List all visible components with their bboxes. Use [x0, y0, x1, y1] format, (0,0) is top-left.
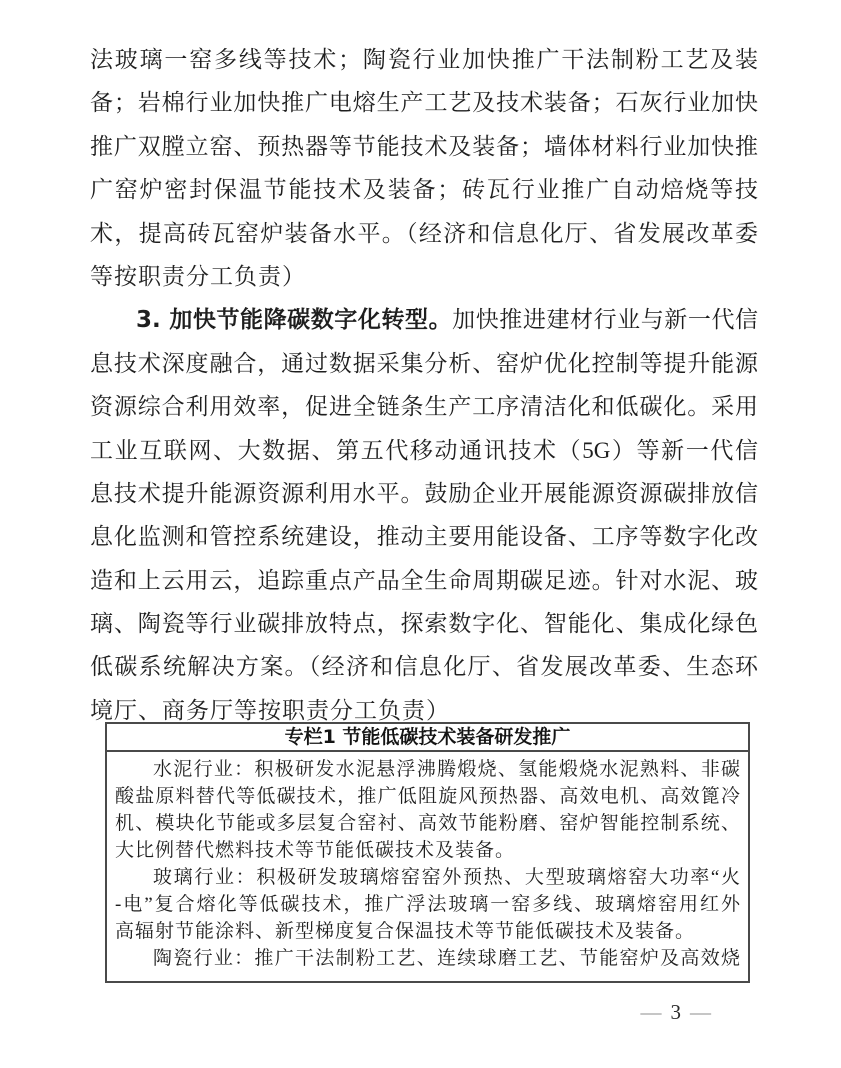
text-line: -电”复合熔化等低碳技术，推广浮法玻璃一窑多线、玻璃熔窑用红外	[115, 891, 740, 918]
text-segment: 息技术深度融合，通过数据采集分析、窑炉优化控制等提升能源	[90, 351, 758, 376]
text-line: 等按职责分工负责）	[90, 255, 758, 298]
text-line: 造和上云用云，追踪重点产品全生命周期碳足迹。针对水泥、玻	[90, 559, 758, 602]
text-segment: -电”复合熔化等低碳技术，推广浮法玻璃一窑多线、玻璃熔窑用红外	[115, 894, 740, 915]
text-segment: 玻璃行业：积极研发玻璃熔窑窑外预热、大型玻璃熔窑大功率“火	[153, 867, 740, 888]
page-number-value: 3	[671, 1000, 682, 1024]
text-segment: 水泥行业：积极研发水泥悬浮沸腾煅烧、氢能煅烧水泥熟料、非碳	[153, 759, 740, 780]
text-line: 酸盐原料替代等低碳技术，推广低阻旋风预热器、高效电机、高效篦冷	[115, 783, 740, 810]
text-segment: 工业互联网、大数据、第五代移动通讯技术（5G）等新一代信	[90, 438, 758, 463]
text-segment: 推广双膛立窑、预热器等节能技术及装备；墙体材料行业加快推	[90, 134, 758, 159]
text-line: 机、模块化节能或多层复合窑衬、高效节能粉磨、窑炉智能控制系统、	[115, 810, 740, 837]
text-segment: 陶瓷行业：推广干法制粉工艺、连续球磨工艺、节能窑炉及高效烧	[153, 948, 740, 969]
text-segment: 息化监测和管控系统建设，推动主要用能设备、工序等数字化改	[90, 524, 758, 549]
paragraph-continuation: 法玻璃一窑多线等技术；陶瓷行业加快推广干法制粉工艺及装备；岩棉行业加快推广电熔生…	[90, 38, 758, 298]
text-segment: 加快推进建材行业与新一代信	[452, 307, 758, 332]
text-line: 3. 加快节能降碳数字化转型。加快推进建材行业与新一代信	[90, 298, 758, 341]
text-segment: 璃、陶瓷等行业碳排放特点，探索数字化、智能化、集成化绿色	[90, 611, 758, 636]
text-line: 工业互联网、大数据、第五代移动通讯技术（5G）等新一代信	[90, 429, 758, 472]
panel-body: 水泥行业：积极研发水泥悬浮沸腾煅烧、氢能煅烧水泥熟料、非碳酸盐原料替代等低碳技术…	[107, 752, 748, 981]
panel-title: 专栏1 节能低碳技术装备研发推广	[107, 724, 748, 752]
text-line: 备；岩棉行业加快推广电熔生产工艺及技术装备；石灰行业加快	[90, 81, 758, 124]
text-line: 息化监测和管控系统建设，推动主要用能设备、工序等数字化改	[90, 515, 758, 558]
text-segment: 低碳系统解决方案。	[90, 654, 309, 679]
text-line: 陶瓷行业：推广干法制粉工艺、连续球磨工艺、节能窑炉及高效烧	[115, 945, 740, 972]
document-page: 法玻璃一窑多线等技术；陶瓷行业加快推广干法制粉工艺及装备；岩棉行业加快推广电熔生…	[0, 0, 841, 1068]
column-box-1: 专栏1 节能低碳技术装备研发推广 水泥行业：积极研发水泥悬浮沸腾煅烧、氢能煅烧水…	[105, 722, 750, 983]
text-line: 大比例替代燃料技术等节能低碳技术及装备。	[115, 837, 740, 864]
responsibility-note-segment: （经济和信息化厅、省发展改革委、生态环	[309, 654, 758, 679]
text-line: 息技术提升能源资源利用水平。鼓励企业开展能源资源碳排放信	[90, 472, 758, 515]
text-segment: 高辐射节能涂料、新型梯度复合保温技术等节能低碳技术及装备。	[115, 921, 695, 942]
text-line: 法玻璃一窑多线等技术；陶瓷行业加快推广干法制粉工艺及装	[90, 38, 758, 81]
responsibility-note-segment: （经济和信息化厅、省发展改革委	[406, 221, 758, 246]
text-line: 资源综合利用效率，促进全链条生产工序清洁化和低碳化。采用	[90, 385, 758, 428]
responsibility-note-segment: 境厅、商务厅等按职责分工负责）	[90, 698, 450, 723]
text-segment: 资源综合利用效率，促进全链条生产工序清洁化和低碳化。采用	[90, 394, 758, 419]
text-line: 水泥行业：积极研发水泥悬浮沸腾煅烧、氢能煅烧水泥熟料、非碳	[115, 756, 740, 783]
text-line: 低碳系统解决方案。（经济和信息化厅、省发展改革委、生态环	[90, 645, 758, 688]
text-line: 玻璃行业：积极研发玻璃熔窑窑外预热、大型玻璃熔窑大功率“火	[115, 864, 740, 891]
text-line: 术，提高砖瓦窑炉装备水平。（经济和信息化厅、省发展改革委	[90, 212, 758, 255]
text-line: 推广双膛立窑、预热器等节能技术及装备；墙体材料行业加快推	[90, 125, 758, 168]
text-segment: 酸盐原料替代等低碳技术，推广低阻旋风预热器、高效电机、高效篦冷	[115, 786, 740, 807]
text-line: 息技术深度融合，通过数据采集分析、窑炉优化控制等提升能源	[90, 342, 758, 385]
body-text: 法玻璃一窑多线等技术；陶瓷行业加快推广干法制粉工艺及装备；岩棉行业加快推广电熔生…	[90, 38, 758, 732]
text-segment: 术，提高砖瓦窑炉装备水平。	[90, 221, 406, 246]
text-segment: 机、模块化节能或多层复合窑衬、高效节能粉磨、窑炉智能控制系统、	[115, 813, 740, 834]
text-segment: 息技术提升能源资源利用水平。鼓励企业开展能源资源碳排放信	[90, 481, 758, 506]
text-segment: 大比例替代燃料技术等节能低碳技术及装备。	[115, 840, 515, 861]
text-line: 璃、陶瓷等行业碳排放特点，探索数字化、智能化、集成化绿色	[90, 602, 758, 645]
text-line: 高辐射节能涂料、新型梯度复合保温技术等节能低碳技术及装备。	[115, 918, 740, 945]
text-segment: 备；岩棉行业加快推广电熔生产工艺及技术装备；石灰行业加快	[90, 90, 758, 115]
page-number: —3—	[641, 1000, 712, 1025]
text-line: 广窑炉密封保温节能技术及装备；砖瓦行业推广自动焙烧等技	[90, 168, 758, 211]
paragraph-item-3: 3. 加快节能降碳数字化转型。加快推进建材行业与新一代信息技术深度融合，通过数据…	[90, 298, 758, 732]
text-segment: 造和上云用云，追踪重点产品全生命周期碳足迹。针对水泥、玻	[90, 568, 758, 593]
responsibility-note-segment: 等按职责分工负责）	[90, 264, 306, 289]
page-number-right-dash: —	[690, 1000, 711, 1024]
text-segment: 广窑炉密封保温节能技术及装备；砖瓦行业推广自动焙烧等技	[90, 177, 758, 202]
heading-segment: 3. 加快节能降碳数字化转型。	[136, 307, 452, 333]
page-number-left-dash: —	[641, 1000, 662, 1024]
text-segment: 法玻璃一窑多线等技术；陶瓷行业加快推广干法制粉工艺及装	[90, 47, 758, 72]
